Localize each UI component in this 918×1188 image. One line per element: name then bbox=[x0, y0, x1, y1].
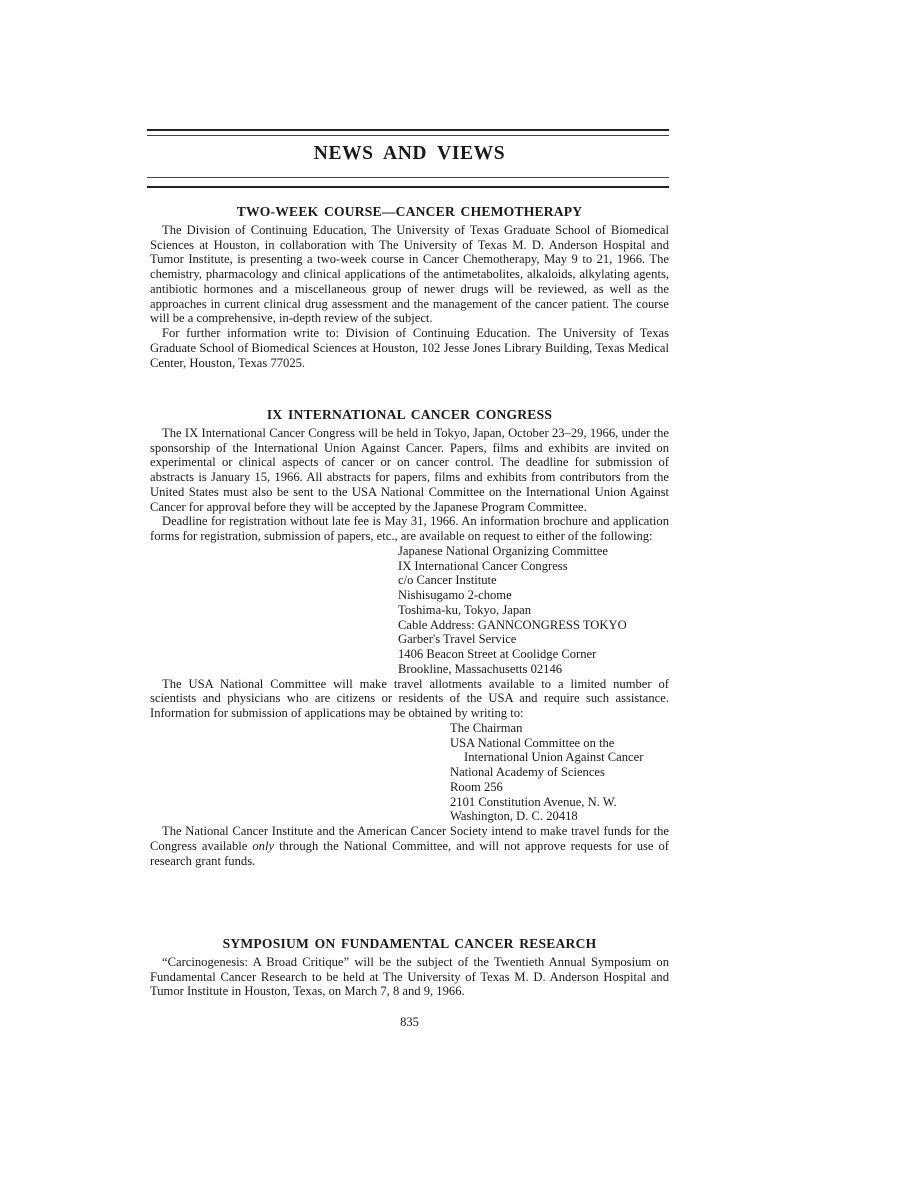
address-line: Garber's Travel Service bbox=[398, 632, 669, 647]
address-block-usa: The Chairman USA National Committee on t… bbox=[450, 721, 669, 824]
section-heading: SYMPOSIUM ON FUNDAMENTAL CANCER RESEARCH bbox=[150, 937, 669, 952]
section-heading: TWO-WEEK COURSE—CANCER CHEMOTHERAPY bbox=[150, 205, 669, 220]
paragraph: “Carcinogenesis: A Broad Critique” will … bbox=[150, 955, 669, 999]
address-line: Toshima-ku, Tokyo, Japan bbox=[398, 603, 669, 618]
paragraph: The Division of Continuing Education, Th… bbox=[150, 223, 669, 326]
masthead-title: NEWS AND VIEWS bbox=[150, 143, 669, 165]
address-line: Japanese National Organizing Committee bbox=[398, 544, 669, 559]
address-line: Room 256 bbox=[450, 780, 669, 795]
address-line: IX International Cancer Congress bbox=[398, 559, 669, 574]
paragraph: For further information write to: Divisi… bbox=[150, 326, 669, 370]
address-line: The Chairman bbox=[450, 721, 669, 736]
section-course: TWO-WEEK COURSE—CANCER CHEMOTHERAPY The … bbox=[150, 205, 669, 370]
section-symposium: SYMPOSIUM ON FUNDAMENTAL CANCER RESEARCH… bbox=[150, 937, 669, 999]
paragraph: The National Cancer Institute and the Am… bbox=[150, 824, 669, 868]
address-line: Washington, D. C. 20418 bbox=[450, 809, 669, 824]
address-line: 2101 Constitution Avenue, N. W. bbox=[450, 795, 669, 810]
address-line: International Union Against Cancer bbox=[450, 750, 669, 765]
address-line: 1406 Beacon Street at Coolidge Corner bbox=[398, 647, 669, 662]
paragraph: The USA National Committee will make tra… bbox=[150, 677, 669, 721]
address-line: Nishisugamo 2-chome bbox=[398, 588, 669, 603]
emphasis-text: only bbox=[252, 839, 274, 853]
address-line: Cable Address: GANNCONGRESS TOKYO bbox=[398, 618, 669, 633]
paragraph: Deadline for registration without late f… bbox=[150, 514, 669, 544]
address-line: USA National Committee on the bbox=[450, 736, 669, 751]
masthead-rule-bottom-thick bbox=[147, 186, 669, 188]
masthead-rule-top-thin bbox=[147, 135, 669, 136]
address-line: National Academy of Sciences bbox=[450, 765, 669, 780]
masthead-rule-bottom-thin bbox=[147, 177, 669, 178]
section-congress: IX INTERNATIONAL CANCER CONGRESS The IX … bbox=[150, 408, 669, 868]
address-line: c/o Cancer Institute bbox=[398, 573, 669, 588]
address-block-japan: Japanese National Organizing Committee I… bbox=[398, 544, 669, 677]
paragraph: The IX International Cancer Congress wil… bbox=[150, 426, 669, 515]
page-number: 835 bbox=[150, 1015, 669, 1030]
address-line: Brookline, Massachusetts 02146 bbox=[398, 662, 669, 677]
section-heading: IX INTERNATIONAL CANCER CONGRESS bbox=[150, 408, 669, 423]
masthead-rule-top-thick bbox=[147, 129, 669, 131]
